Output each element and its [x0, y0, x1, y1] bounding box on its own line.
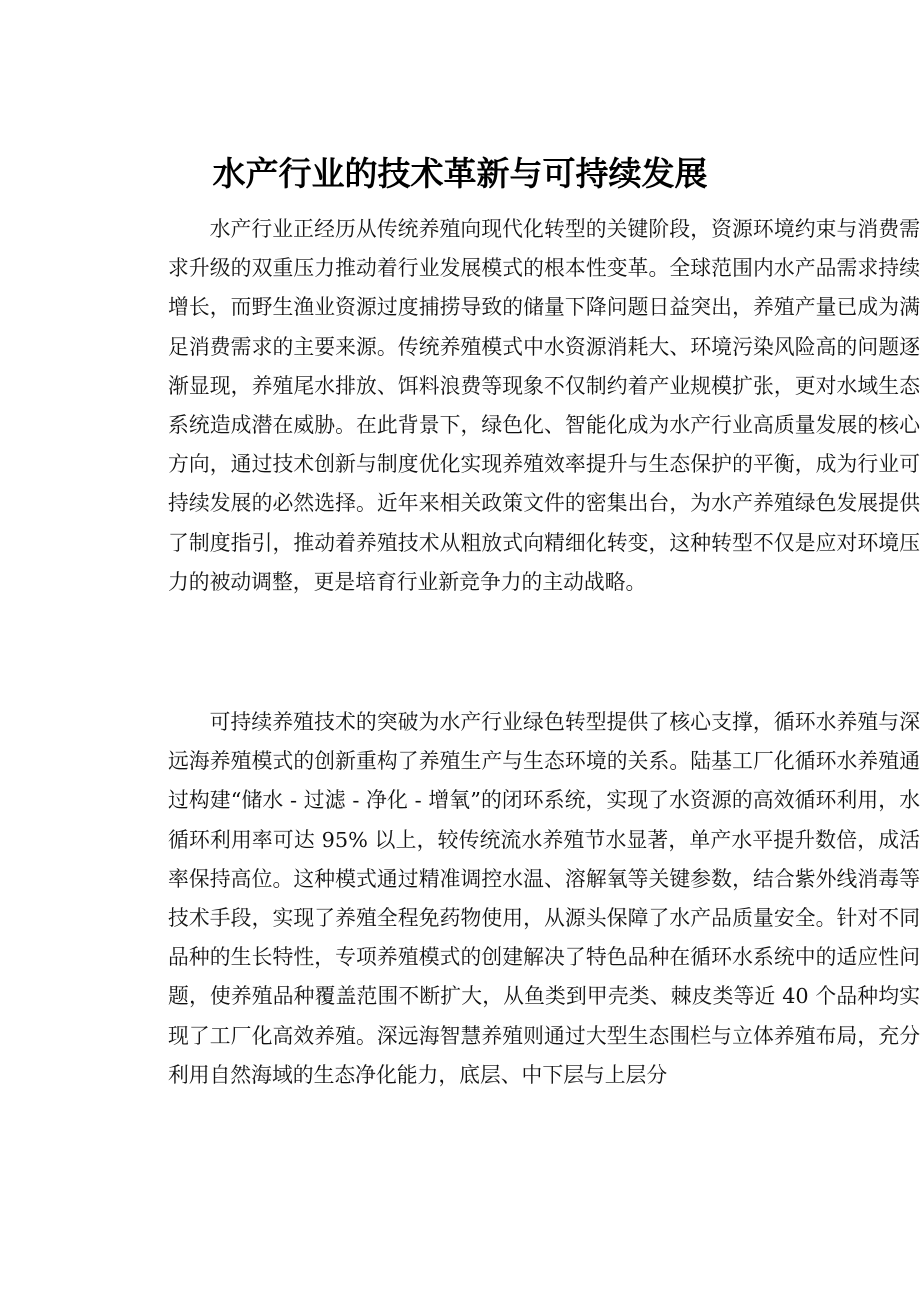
- paragraph-2: 可持续养殖技术的突破为水产行业绿色转型提供了核心支撑，循环水养殖与深远海养殖模式…: [168, 703, 920, 1095]
- document-title: 水产行业的技术革新与可持续发展: [0, 150, 920, 198]
- document-page: 水产行业的技术革新与可持续发展 水产行业正经历从传统养殖向现代化转型的关键阶段，…: [0, 0, 920, 1302]
- paragraph-1: 水产行业正经历从传统养殖向现代化转型的关键阶段，资源环境约束与消费需求升级的双重…: [168, 210, 920, 602]
